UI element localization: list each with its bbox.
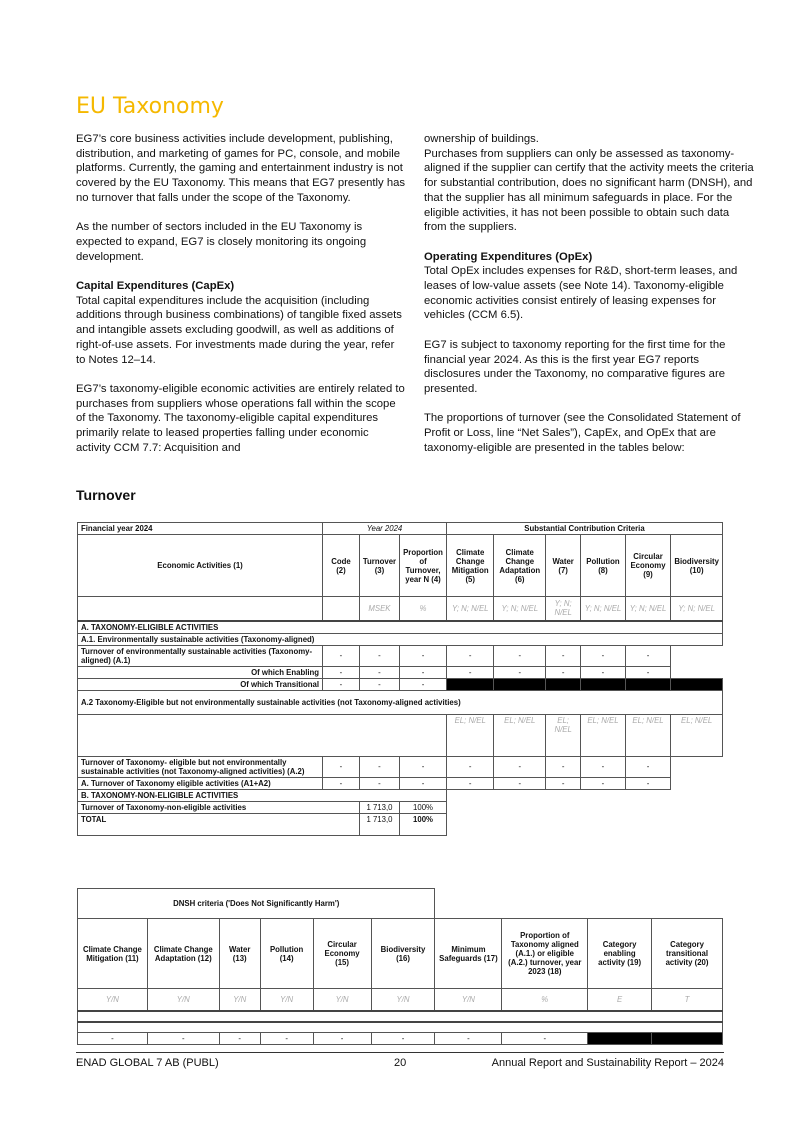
cell: - [502,1033,588,1045]
page-footer: ENAD GLOBAL 7 AB (PUBL) 20 Annual Report… [76,1052,724,1053]
unit-cell: T [652,989,723,1011]
unit-cell: Y; N; N/EL [494,597,546,621]
row-label: Turnover of Taxonomy-non-eligible activi… [78,801,360,813]
capex-paragraph: Total capital expenditures include the a… [76,294,406,368]
cell: - [147,1033,219,1045]
col-header: Category transitional activity (20) [652,919,723,989]
right-text-column: ownership of buildings. Purchases from s… [424,132,754,470]
year-label: Year 2024 [323,523,447,535]
cell: - [446,756,494,777]
footer-report-title: Annual Report and Sustainability Report … [492,1057,724,1069]
cell: - [446,777,494,789]
scc-label: Substantial Contribution Criteria [446,523,722,535]
blank-row [78,1022,723,1033]
unit-cell: EL; N/EL [671,714,723,756]
cell: - [359,645,399,666]
blacked-cell [652,1033,723,1045]
cell: - [546,666,581,678]
cell: - [494,756,546,777]
cell: - [359,756,399,777]
col-header: Circular Economy (9) [625,535,671,597]
unit-cell: Y; N; N/EL [446,597,494,621]
cell: - [494,666,546,678]
monitoring-paragraph: As the number of sectors included in the… [76,220,406,264]
row-label: A. Turnover of Taxonomy eligible activit… [78,777,323,789]
cell: - [446,666,494,678]
blacked-cell [625,678,671,690]
cell: - [625,666,671,678]
cell: - [625,777,671,789]
opex-paragraph: Total OpEx includes expenses for R&D, sh… [424,264,754,323]
table-row: A. Turnover of Taxonomy eligible activit… [78,777,723,789]
suppliers-paragraph: Purchases from suppliers can only be ass… [424,147,754,235]
col-header: Turnover (3) [359,535,399,597]
unit-cell [78,597,323,621]
blacked-cell [446,678,494,690]
unit-cell: Y; N; N/EL [625,597,671,621]
page-number: 20 [394,1057,406,1069]
table-row: Turnover of Taxonomy-non-eligible activi… [78,801,723,813]
col-header: Water (7) [546,535,581,597]
intro-paragraph: EG7’s core business activities include d… [76,132,406,206]
financial-year-label: Financial year 2024 [78,523,323,535]
empty-space [446,789,722,801]
unit-cell: MSEK [359,597,399,621]
cell: - [323,756,360,777]
proportion-value: 100% [400,801,447,813]
dnsh-label: DNSH criteria ('Does Not Significantly H… [78,889,435,919]
cell: - [494,645,546,666]
cell: - [323,678,360,690]
col-header: Climate Change Adaptation (6) [494,535,546,597]
col-header: Circular Economy (15) [313,919,371,989]
unit-cell: EL; N/EL [446,714,494,756]
cell: - [581,777,626,789]
section-title-turnover: Turnover [76,487,136,503]
cell: - [323,645,360,666]
cell: - [359,678,399,690]
unit-cell: Y/N [313,989,371,1011]
col-header: Climate Change Mitigation (11) [78,919,148,989]
left-text-column: EG7’s core business activities include d… [76,132,406,455]
table-row: - - - - - - - - [78,1033,723,1045]
col-header: Climate Change Adaptation (12) [147,919,219,989]
col-header: Proportion of Turnover, year N (4) [400,535,447,597]
table-row: Of which Transitional - - - [78,678,723,690]
empty-space [446,813,722,835]
total-proportion: 100% [400,813,447,835]
unit-cell: Y/N [435,989,502,1011]
unit-cell: Y; N; N/EL [581,597,626,621]
page-title: EU Taxonomy [76,94,224,119]
turnover-value: 1 713,0 [359,801,399,813]
unit-cell: E [588,989,652,1011]
blank-row [78,1011,723,1022]
unit-cell: Y/N [260,989,313,1011]
opex-heading: Operating Expenditures (OpEx) [424,250,754,265]
cell: - [546,645,581,666]
unit-cell: Y; N; N/EL [671,597,723,621]
cell: - [546,777,581,789]
unit-cell: Y/N [219,989,260,1011]
cell: - [400,678,447,690]
unit-cell: EL; N/EL [581,714,626,756]
col-header: Economic Activities (1) [78,535,323,597]
proportions-paragraph: The proportions of turnover (see the Con… [424,411,754,455]
col-header: Water (13) [219,919,260,989]
cell: - [313,1033,371,1045]
blank-cell [78,714,447,756]
col-header: Pollution (14) [260,919,313,989]
first-year-paragraph: EG7 is subject to taxonomy reporting for… [424,338,754,397]
unit-cell: Y; N; N/EL [546,597,581,621]
blacked-cell [671,678,723,690]
col-header: Biodiversity (10) [671,535,723,597]
total-turnover: 1 713,0 [359,813,399,835]
cell: - [323,777,360,789]
unit-cell: EL; N/EL [494,714,546,756]
cell: - [625,756,671,777]
table-row: Turnover of Taxonomy- eligible but not e… [78,756,723,777]
unit-cell: Y/N [147,989,219,1011]
cell: - [581,666,626,678]
cell: - [219,1033,260,1045]
footer-company: ENAD GLOBAL 7 AB (PUBL) [76,1057,219,1069]
col-header: Code (2) [323,535,360,597]
table-row: TOTAL 1 713,0 100% [78,813,723,835]
cell: - [400,666,447,678]
cell: - [400,777,447,789]
cell: - [323,666,360,678]
cell: - [359,777,399,789]
row-label: Of which Enabling [78,666,323,678]
unit-cell: EL; N/EL [546,714,581,756]
blacked-cell [588,1033,652,1045]
cell: - [400,756,447,777]
row-label: Turnover of environmentally sustainable … [78,645,323,666]
empty-space [435,889,723,919]
row-label: Turnover of Taxonomy- eligible but not e… [78,756,323,777]
col-header: Biodiversity (16) [371,919,435,989]
blacked-cell [546,678,581,690]
cell: - [625,645,671,666]
cell: - [371,1033,435,1045]
col-header: Pollution (8) [581,535,626,597]
unit-cell [323,597,360,621]
unit-cell: Y/N [371,989,435,1011]
unit-cell: EL; N/EL [625,714,671,756]
section-a1-label: A.1. Environmentally sustainable activit… [78,633,723,645]
turnover-table: Financial year 2024 Year 2024 Substantia… [77,522,723,836]
section-a-label: A. TAXONOMY-ELIGIBLE ACTIVITIES [78,621,723,634]
col-header: Category enabling activity (19) [588,919,652,989]
eligible-activities-paragraph: EG7’s taxonomy-eligible economic activit… [76,382,406,456]
cell: - [435,1033,502,1045]
unit-cell: % [502,989,588,1011]
cell: - [260,1033,313,1045]
cell: - [446,645,494,666]
blacked-cell [581,678,626,690]
cell: - [78,1033,148,1045]
cell: - [581,645,626,666]
cell: - [546,756,581,777]
unit-cell: % [400,597,447,621]
unit-cell: Y/N [78,989,148,1011]
empty-space [446,801,722,813]
cell: - [581,756,626,777]
row-label: Of which Transitional [78,678,323,690]
section-b-label: B. TAXONOMY-NON-ELIGIBLE ACTIVITIES [78,789,447,801]
table-row: Turnover of environmentally sustainable … [78,645,723,666]
ownership-text: ownership of buildings. [424,132,754,147]
cell: - [400,645,447,666]
total-label: TOTAL [78,813,360,835]
cell: - [359,666,399,678]
section-a2-label: A.2 Taxonomy-Eligible but not environmen… [78,690,723,714]
col-header: Climate Change Mitigation (5) [446,535,494,597]
col-header: Proportion of Taxonomy aligned (A.1.) or… [502,919,588,989]
cell: - [494,777,546,789]
col-header: Minimum Safeguards (17) [435,919,502,989]
blacked-cell [494,678,546,690]
table-row: Of which Enabling - - - - - - - - [78,666,723,678]
dnsh-table: DNSH criteria ('Does Not Significantly H… [77,888,723,1045]
capex-heading: Capital Expenditures (CapEx) [76,279,406,294]
